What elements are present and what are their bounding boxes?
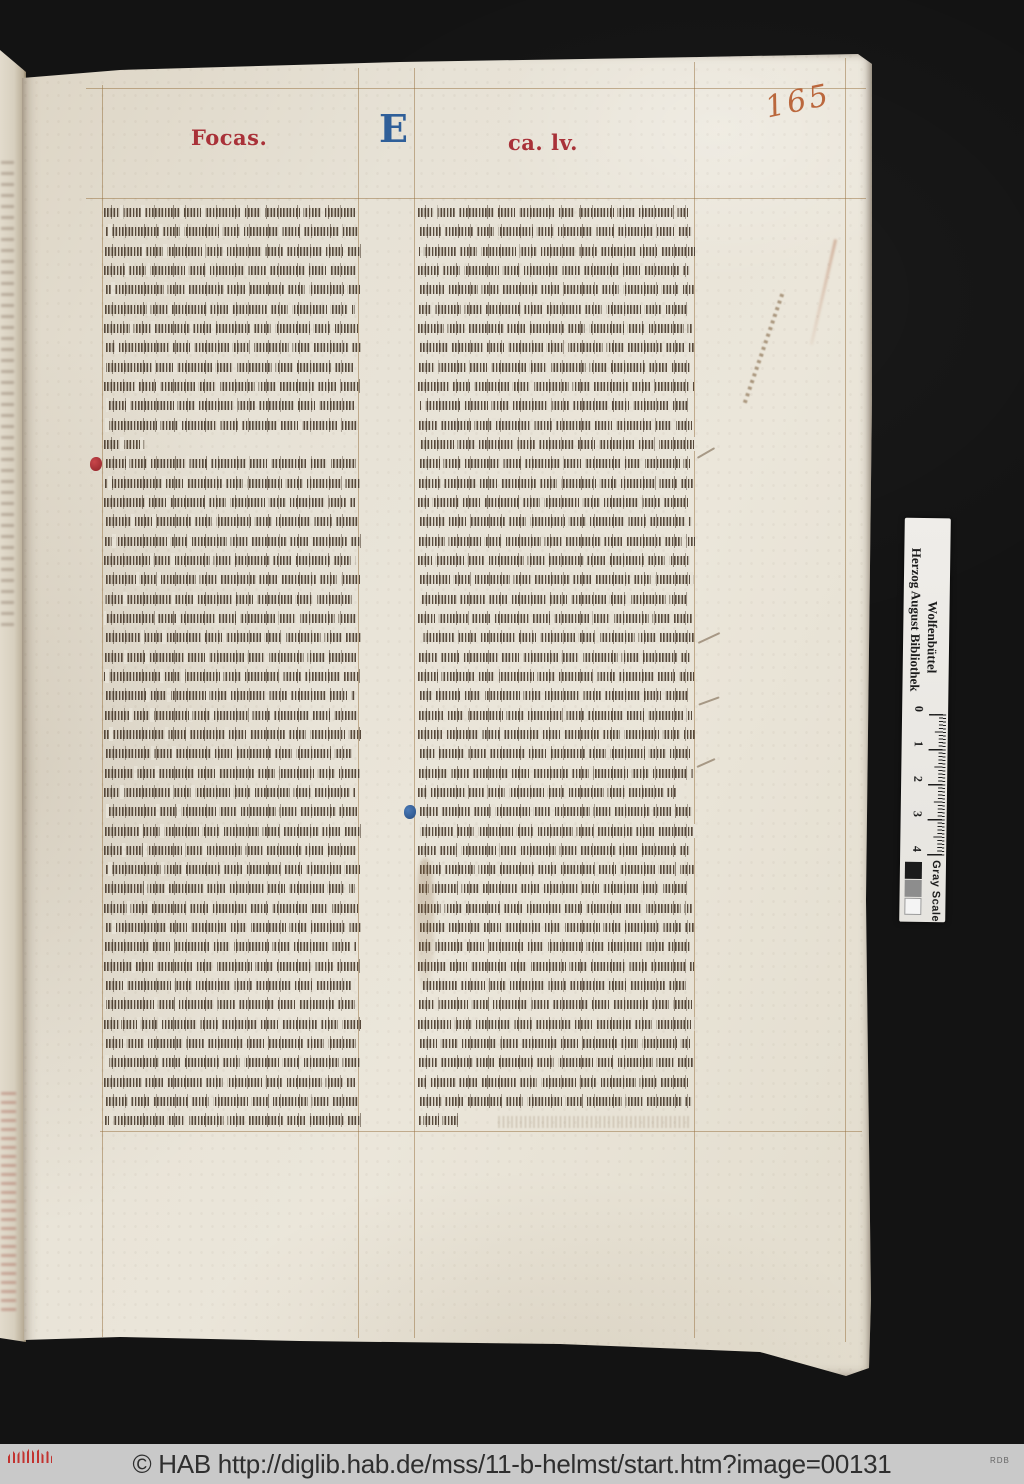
script-ink <box>105 244 361 258</box>
word-gaps <box>106 862 360 876</box>
script-ink <box>106 340 361 354</box>
word-gaps <box>418 727 695 741</box>
word-gaps <box>419 997 692 1011</box>
word-gaps <box>104 901 358 915</box>
text-line <box>106 978 361 997</box>
text-line <box>104 379 361 398</box>
script-ink <box>105 708 358 722</box>
script-ink <box>104 901 358 915</box>
word-gaps <box>420 224 692 238</box>
script-ink <box>420 572 694 586</box>
text-line <box>106 398 361 417</box>
text-line <box>418 1017 695 1036</box>
text-column-right <box>418 205 695 1133</box>
script-ink <box>105 1113 361 1127</box>
script-ink <box>106 688 355 702</box>
text-line <box>104 785 361 804</box>
ruler-number-0: 0 <box>911 706 926 712</box>
chapter-number-rubric: ca. lv. <box>508 130 578 155</box>
text-line <box>104 1075 361 1094</box>
text-line <box>106 456 361 475</box>
word-gaps <box>419 1113 458 1127</box>
word-gaps <box>105 302 355 316</box>
library-name-label: Herzog August Bibliothek Wolfenbüttel <box>905 548 947 727</box>
text-line <box>105 302 361 321</box>
word-gaps <box>106 514 358 528</box>
script-ink <box>420 688 688 702</box>
word-gaps <box>420 340 695 354</box>
script-ink <box>420 514 692 528</box>
text-line <box>105 592 361 611</box>
script-ink <box>104 1075 355 1089</box>
script-ink <box>419 881 688 895</box>
text-line <box>105 534 361 553</box>
script-ink <box>418 321 692 335</box>
text-line <box>105 360 361 379</box>
text-line <box>105 244 361 263</box>
grayscale-patch-gray <box>905 880 922 897</box>
word-gaps <box>419 650 690 664</box>
word-gaps <box>104 495 355 509</box>
text-line <box>419 881 695 900</box>
text-line <box>105 708 361 727</box>
script-ink <box>106 804 358 818</box>
word-gaps <box>105 1055 360 1069</box>
ruling-line <box>86 198 866 199</box>
word-gaps <box>104 553 356 567</box>
text-line <box>419 302 695 321</box>
script-ink <box>419 1113 458 1127</box>
word-gaps <box>104 1017 361 1031</box>
word-gaps <box>420 514 692 528</box>
word-gaps <box>105 708 358 722</box>
script-ink <box>105 881 355 895</box>
word-gaps <box>104 321 358 335</box>
word-gaps <box>104 785 355 799</box>
margin-stain <box>743 291 785 404</box>
bleed-through-text <box>1 156 14 626</box>
text-line <box>418 379 695 398</box>
script-ink <box>419 244 695 258</box>
script-ink <box>420 920 695 934</box>
word-gaps <box>106 572 360 586</box>
text-line <box>104 263 361 282</box>
script-ink <box>419 1055 694 1069</box>
script-ink <box>104 321 358 335</box>
text-line <box>419 1055 695 1074</box>
word-gaps <box>106 224 358 238</box>
script-ink <box>104 263 356 277</box>
word-gaps <box>106 978 355 992</box>
pen-flourish <box>697 447 715 459</box>
word-gaps <box>105 1113 361 1127</box>
script-ink <box>104 959 360 973</box>
word-gaps <box>418 843 690 857</box>
text-line <box>104 495 361 514</box>
script-ink <box>106 1036 356 1050</box>
script-ink <box>104 495 355 509</box>
word-gaps <box>106 630 361 644</box>
grayscale-patch-white <box>904 898 921 915</box>
script-ink <box>419 302 688 316</box>
script-ink <box>106 456 356 470</box>
word-gaps <box>106 1036 356 1050</box>
text-line <box>419 592 695 611</box>
script-ink <box>104 669 360 683</box>
text-line <box>420 862 695 881</box>
library-name-line2: Wolfenbüttel <box>922 548 941 726</box>
word-gaps <box>419 534 695 548</box>
caption-bar: © HAB http://diglib.hab.de/mss/11-b-helm… <box>0 1444 1024 1484</box>
word-gaps <box>106 456 356 470</box>
ruling-line <box>845 58 846 1342</box>
ruler-number-4: 4 <box>909 846 924 852</box>
text-line <box>104 901 361 920</box>
script-ink <box>106 224 358 238</box>
text-line <box>420 514 695 533</box>
text-line <box>420 282 695 301</box>
text-line <box>104 959 361 978</box>
pen-flourish <box>698 696 719 705</box>
text-line <box>106 862 361 881</box>
ruling-line <box>414 68 415 1338</box>
text-line <box>420 224 695 243</box>
text-line <box>419 766 695 785</box>
text-line <box>106 688 361 707</box>
digitized-manuscript-scan: 165 Focas. E ca. lv. Herzog August Bibli… <box>0 0 1024 1484</box>
script-ink <box>105 766 360 780</box>
ruler-scale-numbers: 01234 <box>905 518 951 519</box>
word-gaps <box>105 244 361 258</box>
text-line <box>420 920 695 939</box>
text-line <box>104 437 361 456</box>
text-line <box>420 630 695 649</box>
text-line <box>106 224 361 243</box>
script-ink <box>420 630 695 644</box>
word-gaps <box>418 611 692 625</box>
text-line <box>105 1113 361 1132</box>
script-ink <box>106 920 361 934</box>
text-line <box>104 321 361 340</box>
text-line <box>419 708 695 727</box>
manuscript-page: 165 Focas. E ca. lv. <box>20 50 872 1380</box>
script-ink <box>419 534 695 548</box>
bleed-through-text <box>1 1086 16 1311</box>
text-line <box>104 843 361 862</box>
word-gaps <box>418 669 694 683</box>
ruler-tick-marks <box>927 714 946 856</box>
text-line <box>420 398 695 417</box>
script-ink <box>419 939 690 953</box>
text-line <box>105 939 361 958</box>
script-ink <box>106 978 355 992</box>
text-line <box>419 534 695 553</box>
script-ink <box>420 282 694 296</box>
running-title-rubric: Focas. <box>191 125 267 150</box>
text-line <box>104 611 361 630</box>
text-line <box>420 572 695 591</box>
text-line <box>105 881 361 900</box>
folio-number: 165 <box>762 77 834 125</box>
text-line <box>418 263 695 282</box>
text-line <box>418 785 695 804</box>
script-ink <box>420 862 694 876</box>
text-line <box>420 456 695 475</box>
word-gaps <box>106 688 355 702</box>
script-ink <box>420 1036 690 1050</box>
text-line <box>418 553 695 572</box>
script-ink <box>104 379 360 393</box>
word-gaps <box>106 804 358 818</box>
script-ink <box>105 824 361 838</box>
script-ink <box>419 708 692 722</box>
script-ink <box>106 862 360 876</box>
text-line <box>418 901 695 920</box>
script-ink <box>420 978 688 992</box>
red-paraph-mark <box>90 457 102 471</box>
script-ink <box>419 997 692 1011</box>
script-ink <box>418 727 695 741</box>
word-gaps <box>106 746 356 760</box>
text-line <box>105 766 361 785</box>
text-line <box>104 669 361 688</box>
word-gaps <box>420 920 695 934</box>
text-line <box>418 495 695 514</box>
script-ink <box>105 592 355 606</box>
word-gaps <box>420 862 694 876</box>
text-line <box>106 1094 361 1113</box>
script-ink <box>418 553 690 567</box>
script-ink <box>418 263 690 277</box>
text-line <box>420 688 695 707</box>
text-line <box>419 360 695 379</box>
grayscale-patch-black <box>905 862 922 879</box>
text-line <box>419 824 695 843</box>
script-ink <box>105 650 356 664</box>
text-line <box>104 1017 361 1036</box>
word-gaps <box>419 592 688 606</box>
script-ink <box>105 939 356 953</box>
text-line <box>418 959 695 978</box>
word-gaps <box>104 843 356 857</box>
word-gaps <box>420 1094 692 1108</box>
ruling-line <box>86 88 866 89</box>
text-line <box>419 244 695 263</box>
text-line <box>106 572 361 591</box>
color-scale-ruler-card: Herzog August Bibliothek Wolfenbüttel 01… <box>899 518 951 923</box>
word-gaps <box>105 534 361 548</box>
ruler-number-2: 2 <box>910 776 925 782</box>
script-ink <box>418 205 688 219</box>
text-line <box>106 340 361 359</box>
word-gaps <box>419 824 695 838</box>
word-gaps <box>105 592 355 606</box>
word-gaps <box>418 437 695 451</box>
script-ink <box>418 611 692 625</box>
script-ink <box>106 514 358 528</box>
word-gaps <box>418 321 692 335</box>
word-gaps <box>105 418 358 432</box>
text-line <box>105 1055 361 1074</box>
word-gaps <box>105 824 361 838</box>
corner-mark-text: RDB <box>990 1456 1010 1465</box>
text-line <box>420 1094 695 1113</box>
word-gaps <box>418 1075 688 1089</box>
word-gaps <box>106 340 361 354</box>
script-ink <box>105 418 358 432</box>
word-gaps <box>419 302 688 316</box>
text-line <box>418 611 695 630</box>
text-line <box>420 804 695 823</box>
script-ink <box>419 650 690 664</box>
text-line <box>420 340 695 359</box>
word-gaps <box>106 282 360 296</box>
text-line <box>418 843 695 862</box>
word-gaps <box>418 205 688 219</box>
script-ink <box>106 398 355 412</box>
word-gaps <box>104 205 355 219</box>
text-line <box>104 205 361 224</box>
text-line <box>105 418 361 437</box>
grayscale-patches <box>905 518 951 519</box>
script-ink <box>106 572 360 586</box>
script-ink <box>420 1094 692 1108</box>
word-gaps <box>104 727 361 741</box>
script-ink <box>104 785 355 799</box>
script-ink <box>106 746 356 760</box>
script-ink <box>418 669 694 683</box>
word-gaps <box>418 959 694 973</box>
text-line <box>419 650 695 669</box>
word-gaps <box>106 1094 358 1108</box>
text-line <box>419 476 695 495</box>
script-ink <box>418 843 690 857</box>
word-gaps <box>419 476 694 490</box>
ruling-line <box>102 85 103 1337</box>
text-line <box>418 437 695 456</box>
text-line <box>105 997 361 1016</box>
word-gaps <box>418 263 690 277</box>
ruler-number-1: 1 <box>911 741 926 747</box>
text-line <box>106 630 361 649</box>
script-ink <box>418 437 695 451</box>
script-ink <box>104 843 356 857</box>
text-line <box>418 669 695 688</box>
script-ink <box>418 495 688 509</box>
script-ink <box>419 592 688 606</box>
script-ink <box>419 766 694 780</box>
text-line <box>106 514 361 533</box>
script-ink <box>106 630 361 644</box>
text-line <box>419 997 695 1016</box>
script-ink <box>418 1017 695 1031</box>
text-line <box>418 727 695 746</box>
script-ink <box>420 804 692 818</box>
text-line <box>106 282 361 301</box>
script-ink <box>106 282 360 296</box>
word-gaps <box>105 766 360 780</box>
script-ink <box>104 727 361 741</box>
script-ink <box>418 901 692 915</box>
text-line <box>104 727 361 746</box>
word-gaps <box>106 398 355 412</box>
word-gaps <box>419 939 690 953</box>
word-gaps <box>104 379 360 393</box>
script-ink <box>420 340 695 354</box>
word-gaps <box>418 785 676 799</box>
text-line <box>104 553 361 572</box>
chapter-initial-letter: E <box>379 106 408 151</box>
text-line <box>105 824 361 843</box>
script-ink <box>420 224 692 238</box>
word-gaps <box>418 379 694 393</box>
ruler-number-3: 3 <box>910 811 925 817</box>
script-ink <box>105 360 356 374</box>
script-ink <box>420 746 690 760</box>
script-ink <box>105 1055 360 1069</box>
word-gaps <box>104 959 360 973</box>
text-line <box>419 418 695 437</box>
text-line <box>420 978 695 997</box>
text-column-left <box>104 205 361 1133</box>
word-gaps <box>104 263 356 277</box>
word-gaps <box>420 978 688 992</box>
text-line <box>419 1113 695 1132</box>
script-ink <box>104 611 358 625</box>
word-gaps <box>418 1017 695 1031</box>
word-gaps <box>105 997 358 1011</box>
text-line <box>105 476 361 495</box>
text-line <box>418 321 695 340</box>
script-ink <box>106 1094 358 1108</box>
script-ink <box>419 824 695 838</box>
word-gaps <box>105 939 356 953</box>
script-ink <box>105 302 355 316</box>
word-gaps <box>104 1075 355 1089</box>
text-line <box>419 939 695 958</box>
text-line <box>420 1036 695 1055</box>
word-gaps <box>105 881 355 895</box>
copyright-url-caption: © HAB http://diglib.hab.de/mss/11-b-helm… <box>133 1449 892 1480</box>
word-gaps <box>419 244 695 258</box>
script-ink <box>418 785 676 799</box>
word-gaps <box>420 746 690 760</box>
pen-flourish <box>698 632 721 644</box>
text-line <box>418 205 695 224</box>
text-line <box>106 1036 361 1055</box>
word-gaps <box>104 611 358 625</box>
script-ink <box>105 534 361 548</box>
script-ink <box>420 398 688 412</box>
word-gaps <box>420 804 692 818</box>
script-ink <box>105 997 358 1011</box>
word-gaps <box>105 360 356 374</box>
word-gaps <box>420 688 688 702</box>
word-gaps <box>419 1055 694 1069</box>
word-gaps <box>419 881 688 895</box>
script-ink <box>104 1017 361 1031</box>
script-ink <box>419 476 694 490</box>
word-gaps <box>105 476 360 490</box>
script-ink <box>104 437 145 451</box>
script-ink <box>419 360 690 374</box>
text-line <box>106 920 361 939</box>
script-ink <box>420 456 690 470</box>
text-line <box>418 1075 695 1094</box>
word-gaps <box>104 437 145 451</box>
word-gaps <box>420 456 690 470</box>
word-gaps <box>419 766 694 780</box>
